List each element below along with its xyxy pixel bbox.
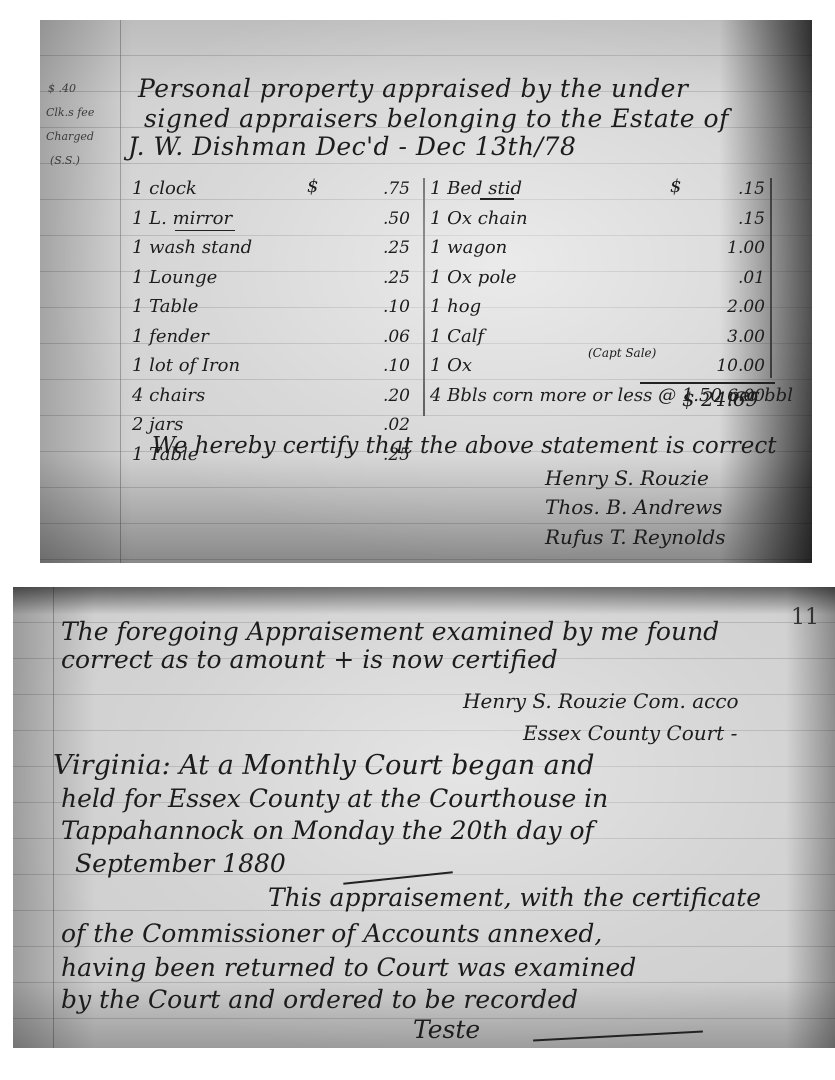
heading-line-2: signed appraisers belonging to the Estat… <box>144 104 729 133</box>
ledger-item: 1 wash stand <box>132 237 252 258</box>
ledger-item: 1 Lounge <box>132 267 217 288</box>
ledger-amount: .10 <box>340 297 410 317</box>
text-line-held: held for Essex County at the Courthouse … <box>61 784 608 813</box>
court-caption: Essex County Court - <box>523 721 737 745</box>
ledger-page-court-certification: 11 The foregoing Appraisement examined b… <box>13 587 835 1048</box>
ledger-amount: .20 <box>340 386 410 406</box>
certification-statement: We hereby certify that the above stateme… <box>152 433 776 459</box>
ledger-item: 1 lot of Iron <box>132 355 240 376</box>
text-line-2: correct as to amount + is now certified <box>61 645 558 674</box>
total-rule <box>640 382 775 384</box>
page-number: 11 <box>791 605 819 630</box>
ledger-amount: .15 <box>695 209 765 229</box>
teste-signature: Teste <box>413 1015 480 1044</box>
text-line-virginia: Virginia: At a Monthly Court began and <box>53 750 594 781</box>
text-line-1: The foregoing Appraisement examined by m… <box>61 617 719 646</box>
heading-line-3: J. W. Dishman Dec'd - Dec 13th/78 <box>128 132 576 161</box>
ledger-item: 1 Bed stid <box>430 178 522 199</box>
text-line-tappahannock: Tappahannock on Monday the 20th day of <box>61 816 594 845</box>
ledger-amount: 3.00 <box>695 327 765 347</box>
underline-mark <box>480 198 514 200</box>
text-line-this-appraisement: This appraisement, with the certificate <box>268 883 761 912</box>
ledger-amount: .10 <box>340 356 410 376</box>
margin-rule <box>120 20 121 563</box>
amount-column-rule <box>770 178 772 378</box>
ledger-item: 1 wagon <box>430 237 507 258</box>
ledger-item: 1 clock <box>132 178 197 199</box>
ledger-amount: 10.00 <box>695 356 765 376</box>
text-line-commissioner: of the Commissioner of Accounts annexed, <box>61 919 602 948</box>
ledger-amount: 6.00 <box>695 386 765 406</box>
ledger-amount: .01 <box>695 268 765 288</box>
ledger-amount: .25 <box>340 268 410 288</box>
margin-note-initials: (S.S.) <box>50 154 80 167</box>
ledger-amount: .25 <box>340 445 410 465</box>
ledger-item: 1 L. mirror <box>132 208 232 229</box>
signature-appraiser-3: Rufus T. Reynolds <box>545 525 726 549</box>
ledger-item: 1 Table <box>132 296 198 317</box>
ledger-item: 2 jars <box>132 414 183 435</box>
ledger-amount: .02 <box>340 415 410 435</box>
margin-rule <box>53 587 54 1048</box>
heading-line-1: Personal property appraised by the under <box>138 74 688 103</box>
column-divider <box>423 178 425 416</box>
ledger-amount: .75 <box>340 179 410 199</box>
ledger-amount: .15 <box>695 179 765 199</box>
margin-note-fee: $ .40 <box>48 82 76 95</box>
ledger-item: 1 fender <box>132 326 209 347</box>
currency-symbol: $ <box>670 176 681 197</box>
ledger-amount: .50 <box>340 209 410 229</box>
teste-flourish <box>533 1031 703 1041</box>
ledger-page-appraisement: $ .40 Clk.s fee Charged (S.S.) Personal … <box>40 20 812 563</box>
text-line-september: September 1880 <box>75 849 286 878</box>
signature-appraiser-1: Henry S. Rouzie <box>545 466 709 490</box>
ledger-item: 1 Ox pole <box>430 267 517 288</box>
ledger-item: 4 chairs <box>132 385 205 406</box>
text-line-recorded: by the Court and ordered to be recorded <box>61 985 578 1014</box>
underline-mark <box>175 230 235 232</box>
capt-sale-annotation: (Capt Sale) <box>588 346 656 360</box>
ledger-item: 1 Ox chain <box>430 208 528 229</box>
ledger-item: 1 Calf <box>430 326 484 347</box>
signature-appraiser-2: Thos. B. Andrews <box>545 495 723 519</box>
ledger-amount: .25 <box>340 238 410 258</box>
ledger-item: 1 hog <box>430 296 481 317</box>
margin-note-charged: Charged <box>46 130 94 143</box>
currency-symbol: $ <box>307 176 318 197</box>
ledger-amount: .06 <box>340 327 410 347</box>
ledger-item: 1 Table <box>132 444 198 465</box>
ledger-amount: 1.00 <box>695 238 765 258</box>
ledger-amount: 2.00 <box>695 297 765 317</box>
commissioner-signature: Henry S. Rouzie Com. acco <box>463 689 739 713</box>
text-line-returned: having been returned to Court was examin… <box>61 953 636 982</box>
margin-note-clerk-fee: Clk.s fee <box>46 106 94 119</box>
ledger-item: 1 Ox <box>430 355 472 376</box>
